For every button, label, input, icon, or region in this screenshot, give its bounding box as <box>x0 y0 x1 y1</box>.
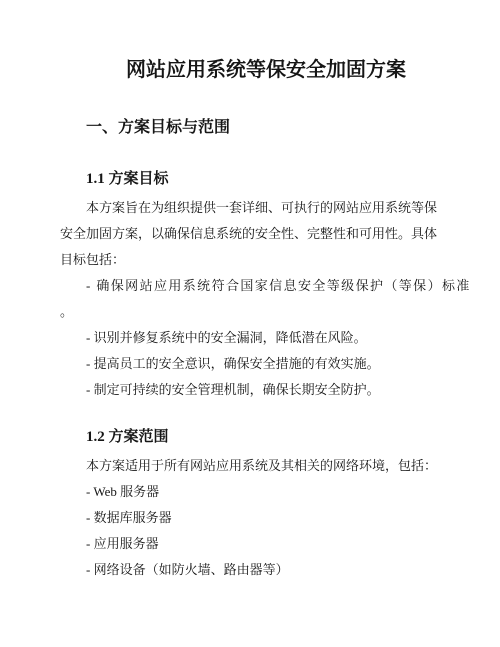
scope-bullet-2: - 数据库服务器 <box>60 505 470 531</box>
objective-paragraph-line-1: 本方案旨在为组织提供一套详细、可执行的网站应用系统等保 <box>60 195 470 221</box>
subsection-1-1-heading: 1.1 方案目标 <box>86 167 470 191</box>
section-1-heading: 一、方案目标与范围 <box>86 117 470 139</box>
objective-bullet-2: - 识别并修复系统中的安全漏洞，降低潜在风险。 <box>60 325 470 351</box>
scope-bullet-1: - Web 服务器 <box>60 479 470 505</box>
objective-bullet-3: - 提高员工的安全意识，确保安全措施的有效实施。 <box>60 351 470 377</box>
objective-paragraph-line-3: 目标包括： <box>60 247 470 273</box>
objective-bullet-1-wrap: 。 <box>60 299 470 325</box>
scope-bullet-4: - 网络设备（如防火墙、路由器等） <box>60 557 470 583</box>
objective-bullet-4: - 制定可持续的安全管理机制，确保长期安全防护。 <box>60 377 470 403</box>
objective-bullet-1: - 确保网站应用系统符合国家信息安全等级保护（等保）标准 <box>60 273 470 299</box>
subsection-1-2-heading: 1.2 方案范围 <box>86 425 470 449</box>
document-title: 网站应用系统等保安全加固方案 <box>86 55 446 85</box>
scope-intro-line: 本方案适用于所有网站应用系统及其相关的网络环境，包括： <box>60 453 470 479</box>
scope-bullet-3: - 应用服务器 <box>60 531 470 557</box>
objective-paragraph-line-2: 安全加固方案，以确保信息系统的安全性、完整性和可用性。具体 <box>60 221 470 247</box>
document-page: 网站应用系统等保安全加固方案 一、方案目标与范围 1.1 方案目标 本方案旨在为… <box>0 0 500 647</box>
